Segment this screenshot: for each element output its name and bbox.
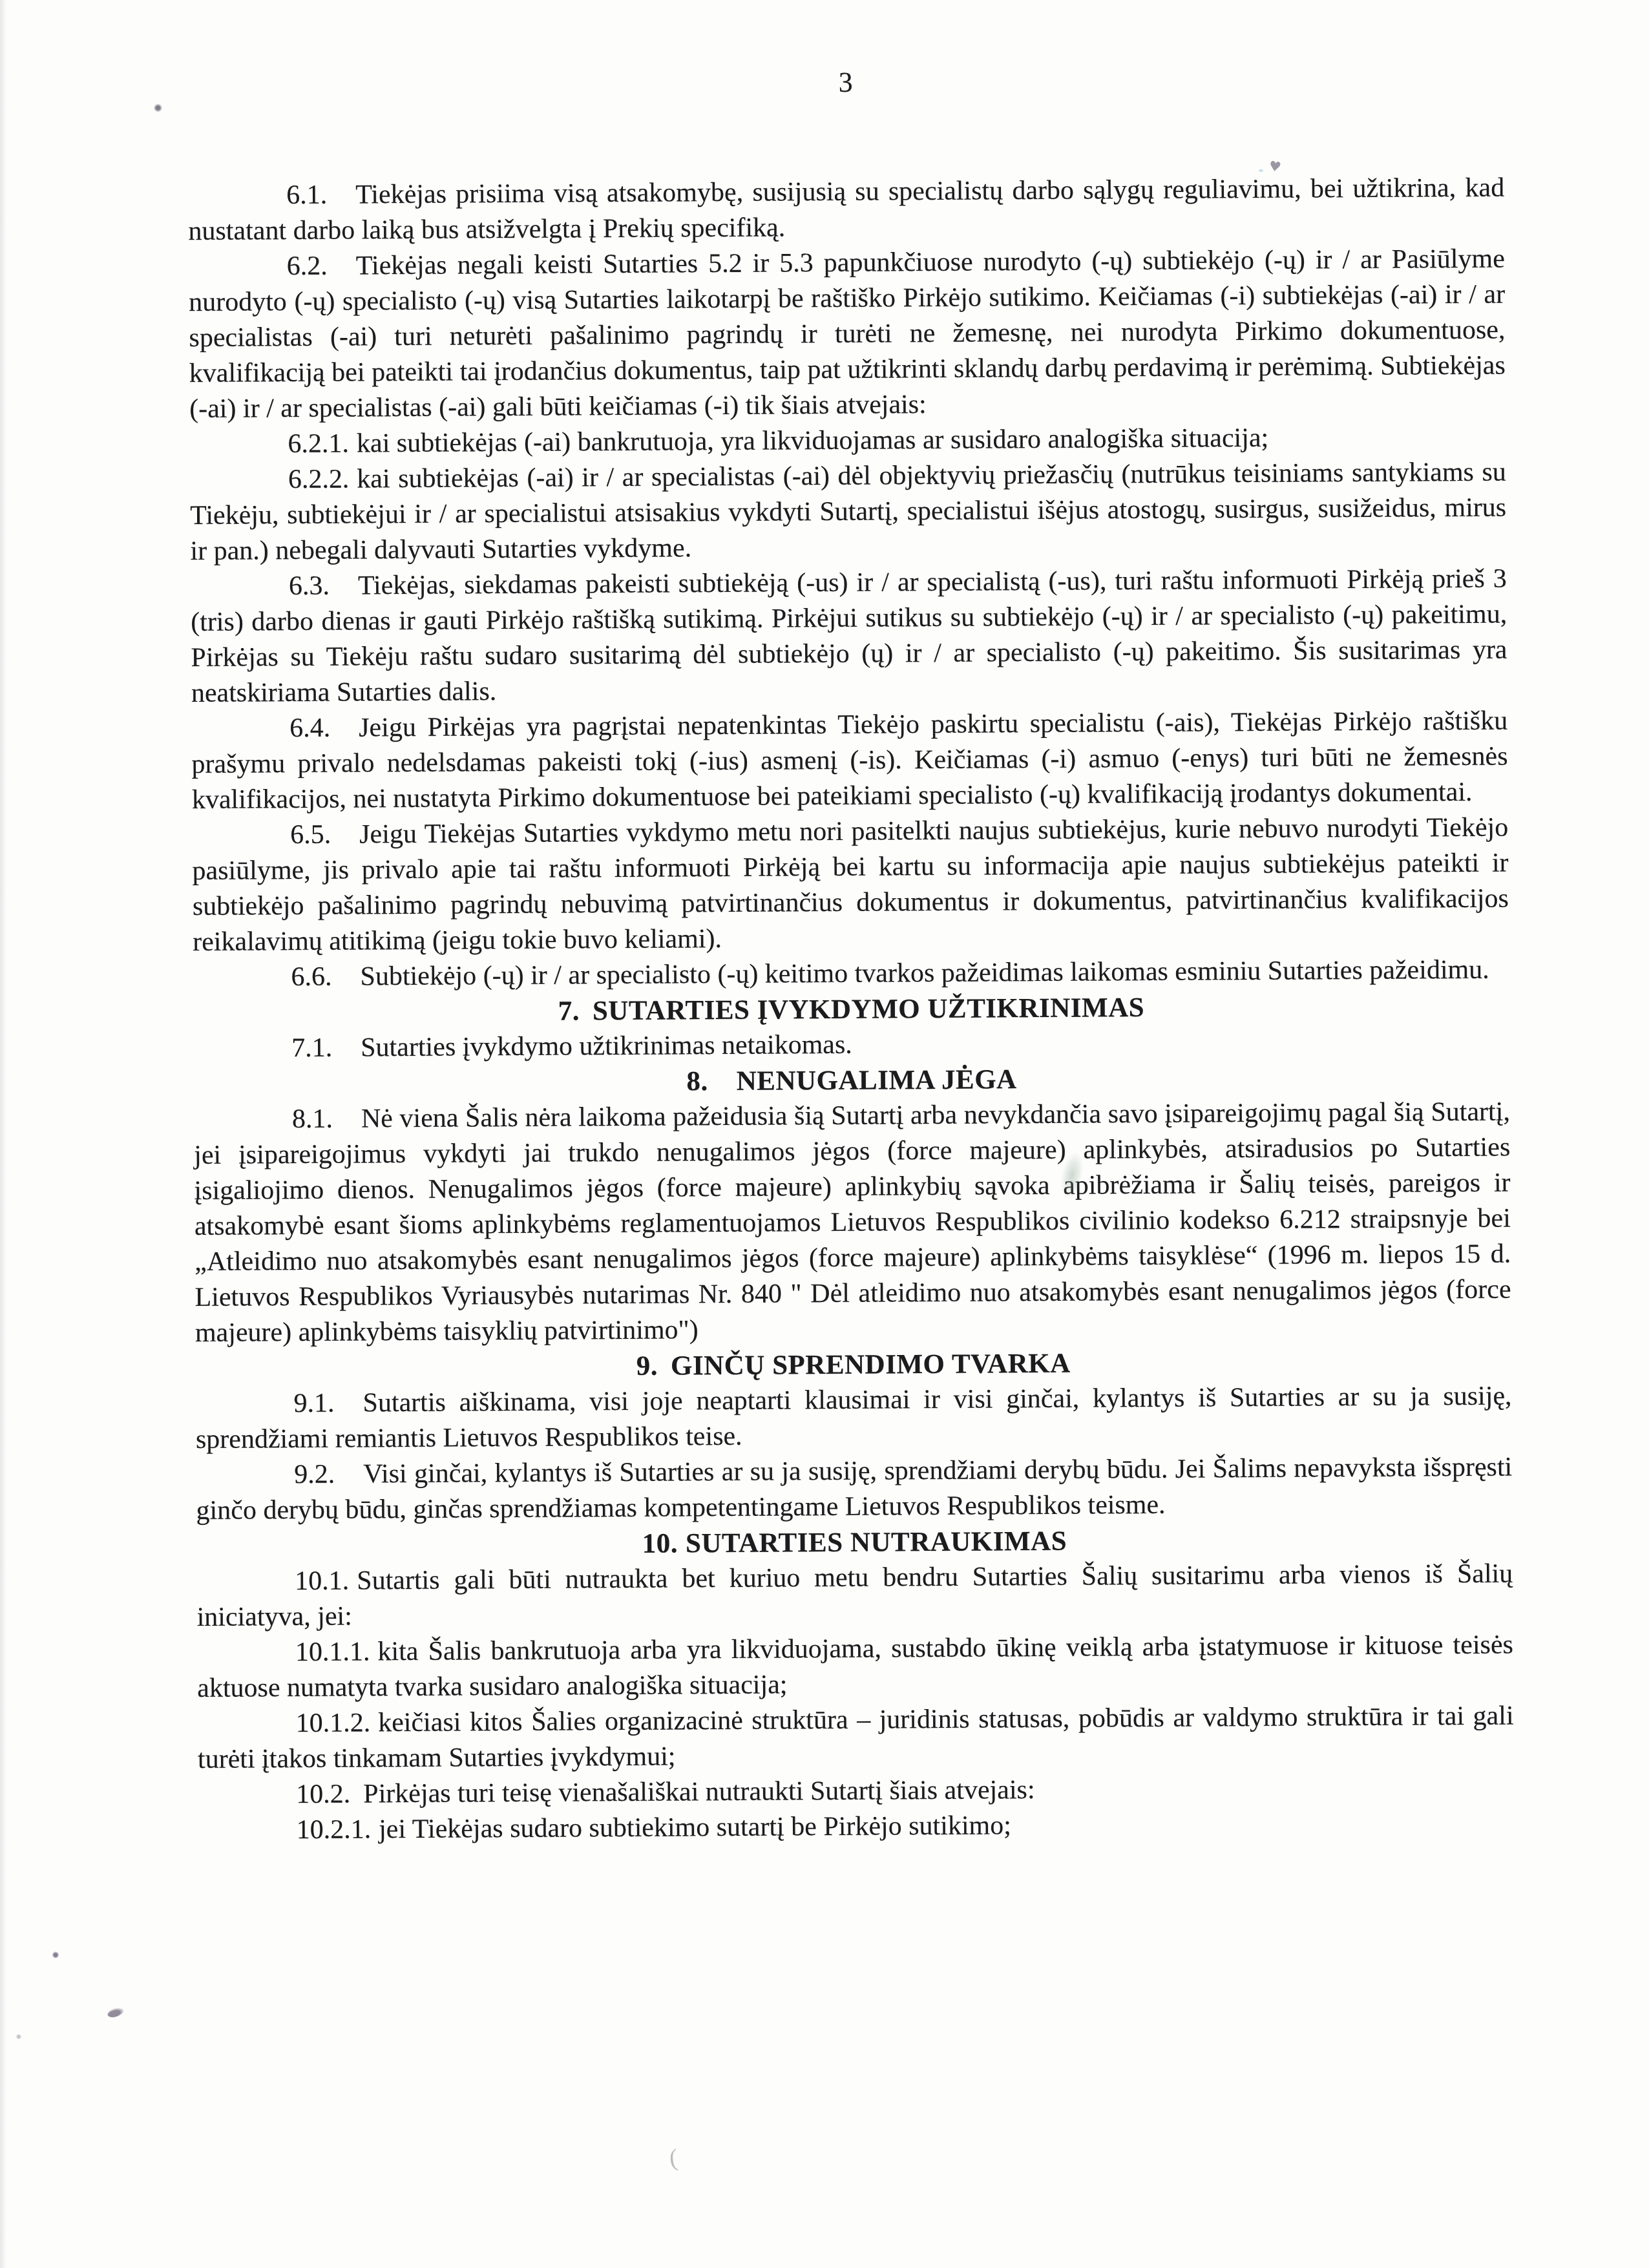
- page-content: 3 6.1.Tiekėjas prisiima visą atsakomybę,…: [0, 0, 1649, 2268]
- clause-number: 10.2.: [296, 1780, 350, 1810]
- scanned-contract-page: 3 6.1.Tiekėjas prisiima visą atsakomybę,…: [0, 0, 1649, 2268]
- clause-number: 6.2.1.: [288, 428, 349, 459]
- clause-text: keičiasi kitos Šalies organizacinė struk…: [198, 1701, 1514, 1774]
- clause-number: 6.4.: [289, 713, 330, 743]
- clause-text: GINČŲ SPRENDIMO TVARKA: [671, 1349, 1071, 1381]
- contract-body: 6.1.Tiekėjas prisiima visą atsakomybę, s…: [188, 171, 1515, 1849]
- clause-text: Tiekėjas negali keisti Sutarties 5.2 ir …: [189, 244, 1506, 424]
- contract-clause: 6.1.Tiekėjas prisiima visą atsakomybę, s…: [188, 171, 1505, 249]
- contract-clause: 8.1.Nė viena Šalis nėra laikoma pažeidus…: [194, 1095, 1511, 1351]
- clause-text: Tiekėjas prisiima visą atsakomybę, susij…: [188, 173, 1504, 246]
- contract-clause: 9.1.Sutartis aiškinama, visi joje neapta…: [195, 1379, 1512, 1458]
- clause-number: 6.3.: [289, 571, 330, 601]
- clause-text: jei Tiekėjas sudaro subtiekimo sutartį b…: [379, 1811, 1011, 1844]
- clause-number: 10.2.1.: [296, 1814, 371, 1845]
- clause-text: Jeigu Tiekėjas Sutarties vykdymo metu no…: [192, 813, 1509, 957]
- page-number: 3: [187, 63, 1504, 103]
- clause-number: 8.1.: [292, 1104, 333, 1134]
- clause-text: kai subtiekėjas (-ai) ir / ar specialist…: [190, 457, 1506, 566]
- clause-text: Sutarties įvykdymo užtikrinimas netaikom…: [361, 1030, 852, 1063]
- clause-number: 10.1.1.: [295, 1637, 370, 1667]
- clause-text: kita Šalis bankrutuoja arba yra likviduo…: [197, 1630, 1513, 1703]
- clause-number: 9.2.: [294, 1460, 335, 1489]
- clause-number: 7.1.: [291, 1033, 332, 1063]
- contract-clause: 10.1.1.kita Šalis bankrutuoja arba yra l…: [197, 1628, 1514, 1706]
- clause-text: Subtiekėjo (-ų) ir / ar specialisto (-ų)…: [360, 955, 1489, 992]
- contract-clause: 6.5.Jeigu Tiekėjas Sutarties vykdymo met…: [192, 810, 1509, 960]
- clause-text: Nė viena Šalis nėra laikoma pažeidusia š…: [194, 1097, 1511, 1348]
- clause-text: Tiekėjas, siekdamas pakeisti subtiekėją …: [191, 564, 1507, 708]
- clause-number: 10.: [642, 1528, 678, 1559]
- contract-clause: 10.2.1.jei Tiekėjas sudaro subtiekimo su…: [198, 1805, 1514, 1848]
- contract-clause: 6.4.Jeigu Pirkėjas yra pagrįstai nepaten…: [191, 704, 1508, 818]
- clause-number: 6.2.: [287, 251, 328, 281]
- clause-number: 10.1.: [295, 1566, 349, 1597]
- clause-text: Sutartis gali būti nutraukta bet kuriuo …: [196, 1559, 1513, 1632]
- clause-number: 6.2.2.: [288, 464, 350, 494]
- contract-clause: 10.1.Sutartis gali būti nutraukta bet ku…: [196, 1557, 1513, 1635]
- contract-clause: 10.1.2.keičiasi kitos Šalies organizacin…: [197, 1699, 1514, 1778]
- clause-text: Sutartis aiškinama, visi joje neaptarti …: [196, 1381, 1512, 1454]
- contract-clause: 9.2.Visi ginčai, kylantys iš Sutarties a…: [196, 1450, 1513, 1529]
- clause-number: 9.: [636, 1351, 658, 1381]
- clause-text: kai subtiekėjas (-ai) bankrutuoja, yra l…: [357, 423, 1269, 459]
- clause-number: 6.6.: [291, 962, 331, 992]
- clause-number: 9.1.: [293, 1389, 334, 1418]
- clause-number: 8.: [686, 1066, 708, 1097]
- clause-text: NENUGALIMA JĖGA: [736, 1064, 1016, 1097]
- contract-clause: 6.3.Tiekėjas, siekdamas pakeisti subtiek…: [191, 562, 1507, 711]
- clause-number: 6.1.: [286, 180, 327, 210]
- clause-number: 10.1.2.: [295, 1708, 370, 1738]
- contract-clause: 6.2.Tiekėjas negali keisti Sutarties 5.2…: [189, 242, 1506, 427]
- clause-text: SUTARTIES ĮVYKDYMO UŽTIKRINIMAS: [593, 992, 1144, 1026]
- clause-text: Jeigu Pirkėjas yra pagrįstai nepatenkint…: [191, 706, 1507, 815]
- clause-number: 6.5.: [290, 820, 331, 850]
- clause-text: Visi ginčai, kylantys iš Sutarties ar su…: [196, 1453, 1512, 1526]
- contract-clause: 6.2.2.kai subtiekėjas (-ai) ir / ar spec…: [190, 455, 1507, 569]
- clause-number: 7.: [558, 996, 580, 1026]
- clause-text: SUTARTIES NUTRAUKIMAS: [686, 1526, 1067, 1559]
- clause-text: Pirkėjas turi teisę vienašališkai nutrau…: [363, 1775, 1035, 1809]
